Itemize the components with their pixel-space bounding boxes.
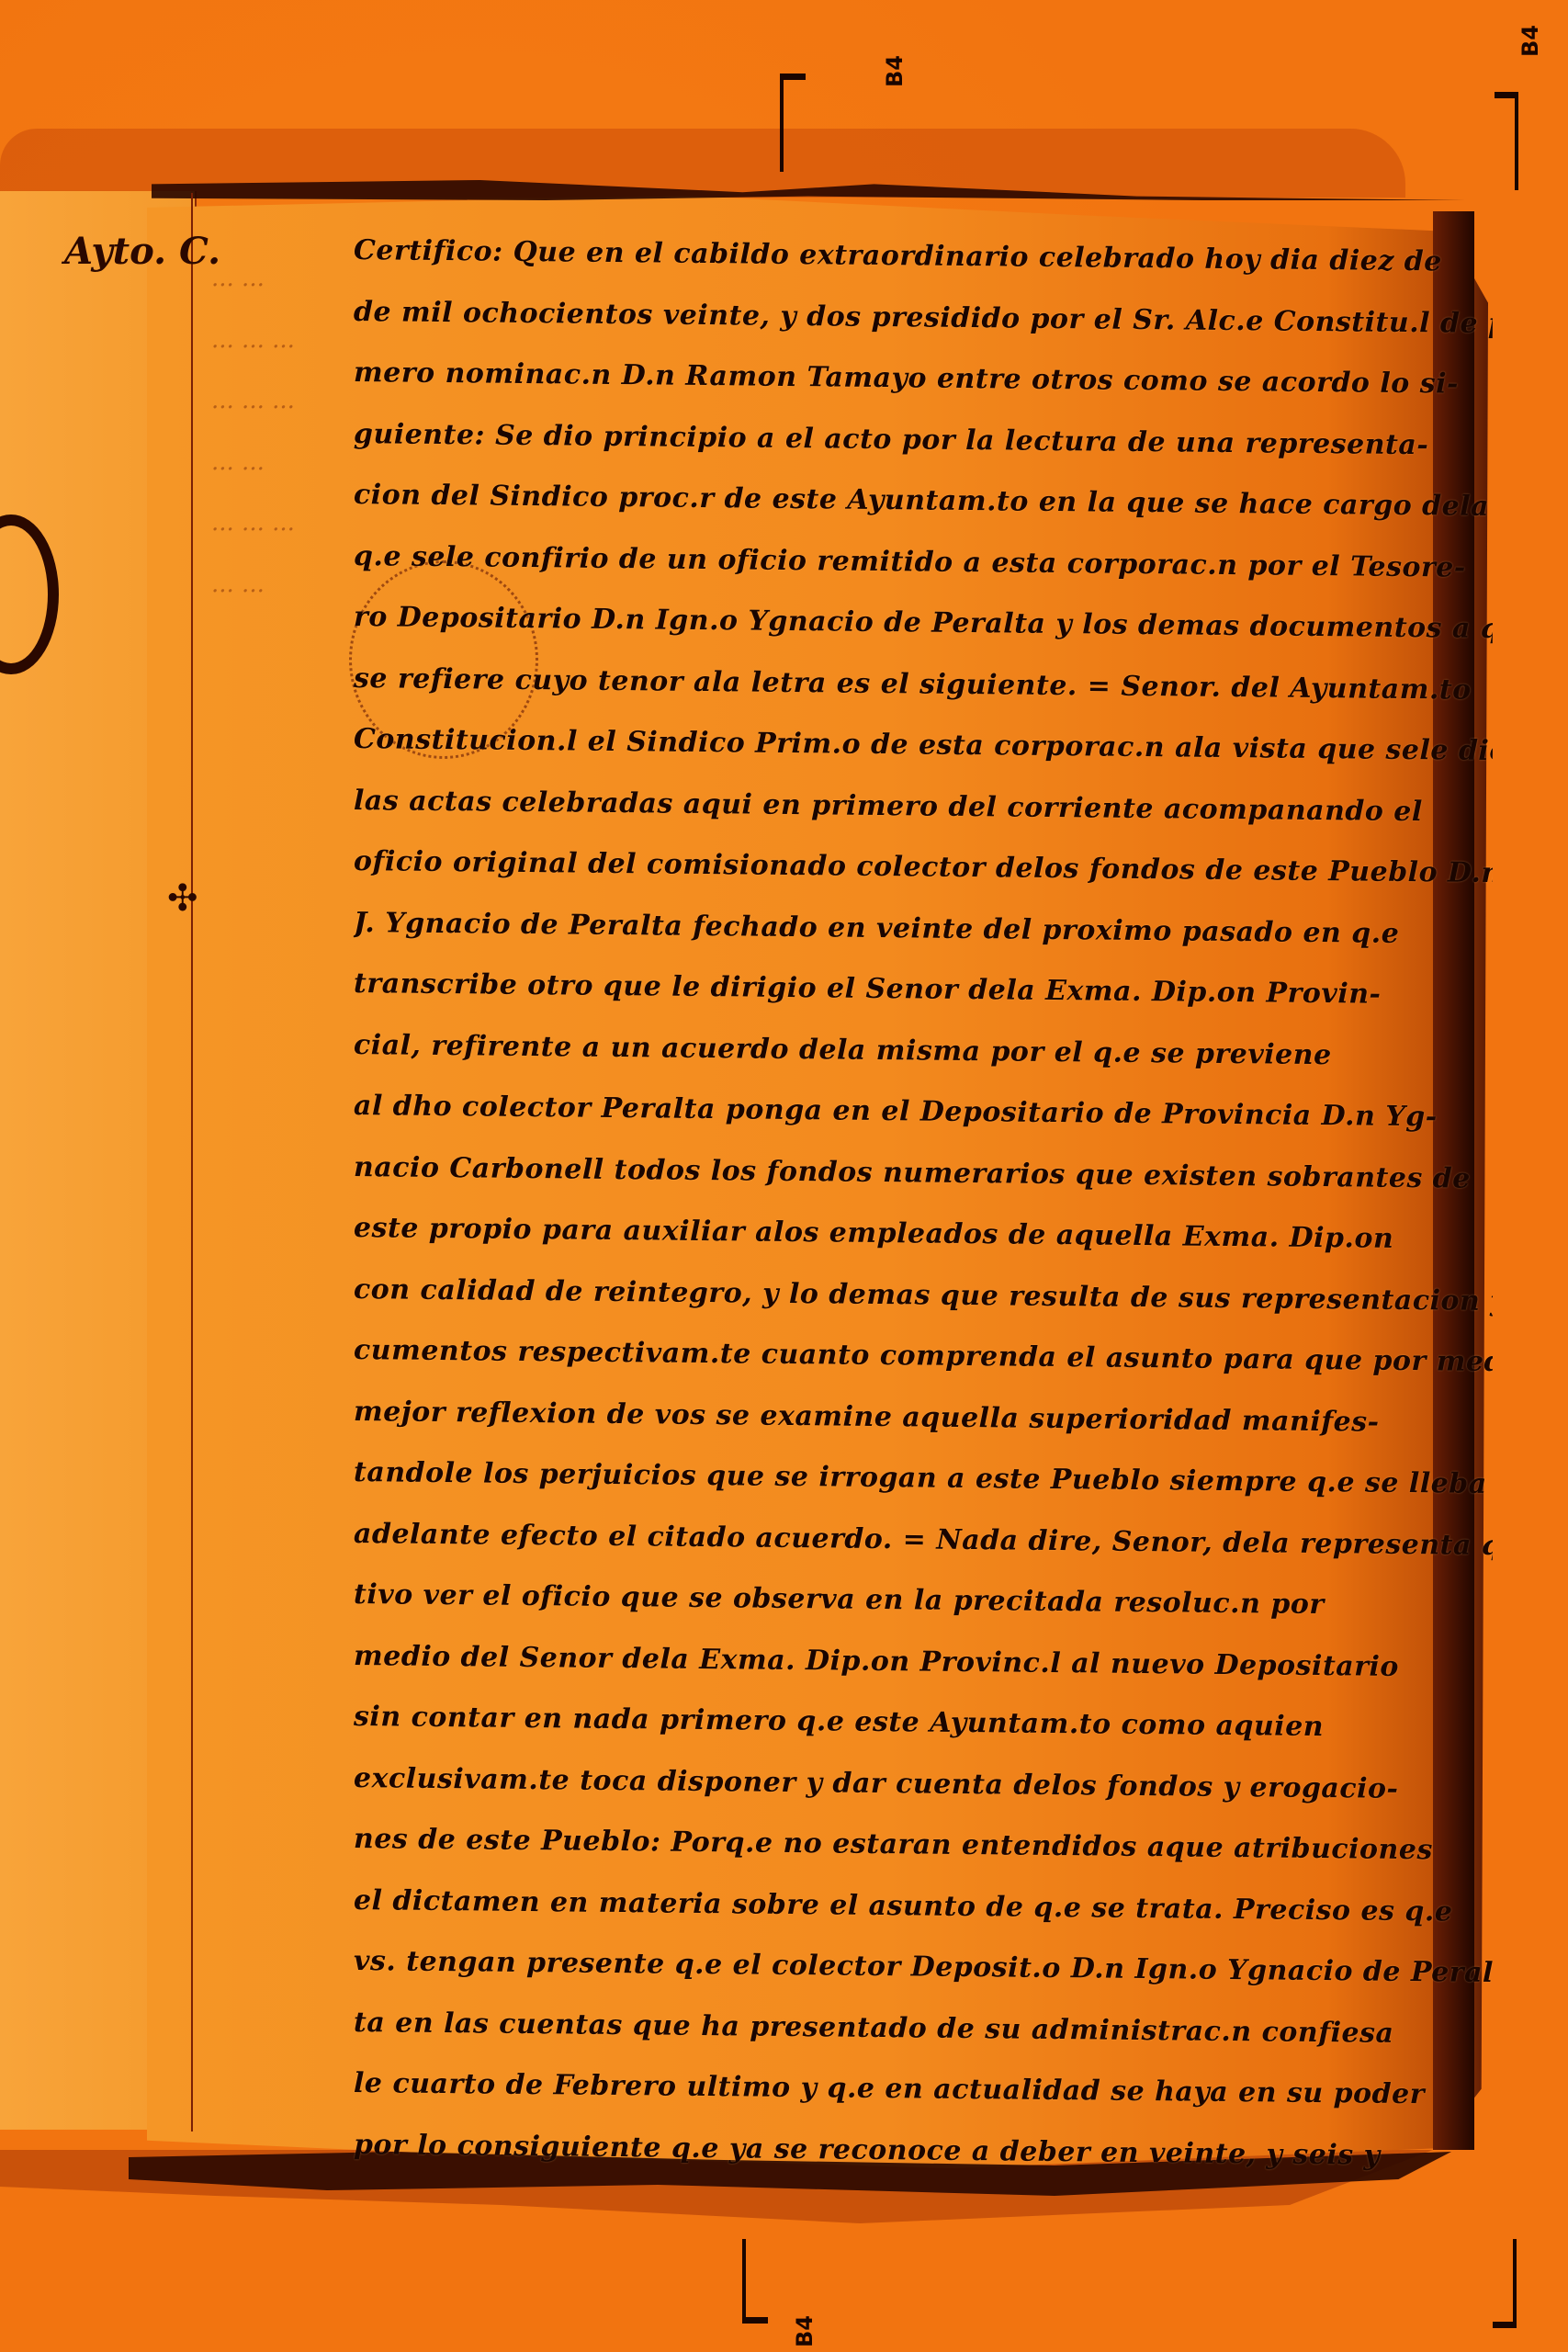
margin-rule-line xyxy=(191,193,193,2131)
text-line: por lo consiguiente q.e ya se reconoce a… xyxy=(354,2115,1494,2188)
bleed-through-text: ... ... ... ... ... ... ... ... ... ... … xyxy=(211,248,349,615)
ghost-line: ... ... ... xyxy=(211,492,349,554)
text-line: nes de este Pueblo: Porq.e no estaran en… xyxy=(354,1809,1494,1882)
text-line: vs. tengan presente q.e el colector Depo… xyxy=(354,1931,1494,2004)
ghost-line: ... ... xyxy=(211,432,349,493)
ghost-line: ... ... ... xyxy=(211,310,349,371)
text-line: este propio para auxiliar alos empleados… xyxy=(354,1198,1494,1271)
text-line: tandole los perjuicios que se irrogan a … xyxy=(354,1442,1494,1515)
text-line: tivo ver el oficio que se observa en la … xyxy=(354,1565,1494,1637)
text-line: cumentos respectivam.te cuanto comprenda… xyxy=(354,1320,1494,1393)
margin-annotation: Ayto. C. xyxy=(64,230,220,273)
text-line: Constitucion.l el Sindico Prim.o de esta… xyxy=(354,709,1494,782)
text-line: transcribe otro que le dirigio el Senor … xyxy=(354,954,1494,1026)
text-line: le cuarto de Febrero ultimo y q.e en act… xyxy=(354,2053,1494,2126)
ghost-line: ... ... xyxy=(211,554,349,616)
crop-label-bottom: B4 xyxy=(792,2315,818,2347)
crop-label-top-left: B4 xyxy=(882,55,908,87)
manuscript-text: Certifico: Que en el cabildo extraordina… xyxy=(354,220,1493,2176)
crop-mark-bottom-right-icon xyxy=(1493,2239,1517,2328)
crop-mark-top-left-icon xyxy=(780,73,806,172)
crop-mark-bottom-left-icon xyxy=(742,2239,768,2324)
text-line: sin contar en nada primero q.e este Ayun… xyxy=(354,1687,1494,1759)
crop-label-top-right: B4 xyxy=(1517,25,1543,57)
text-line: Certifico: Que en el cabildo extraordina… xyxy=(354,220,1494,293)
cross-mark-icon: ✣ xyxy=(167,877,198,920)
crop-mark-top-right-icon xyxy=(1495,92,1518,190)
text-line: oficio original del comisionado colector… xyxy=(354,831,1494,904)
ghost-line: ... ... xyxy=(211,248,349,310)
text-line: al dho colector Peralta ponga en el Depo… xyxy=(354,1076,1494,1148)
text-line: cion del Sindico proc.r de este Ayuntam.… xyxy=(354,465,1494,537)
text-line: ro Depositario D.n Ign.o Ygnacio de Pera… xyxy=(354,587,1494,660)
text-line: mero nominac.n D.n Ramon Tamayo entre ot… xyxy=(354,343,1494,415)
ghost-line: ... ... ... xyxy=(211,370,349,432)
